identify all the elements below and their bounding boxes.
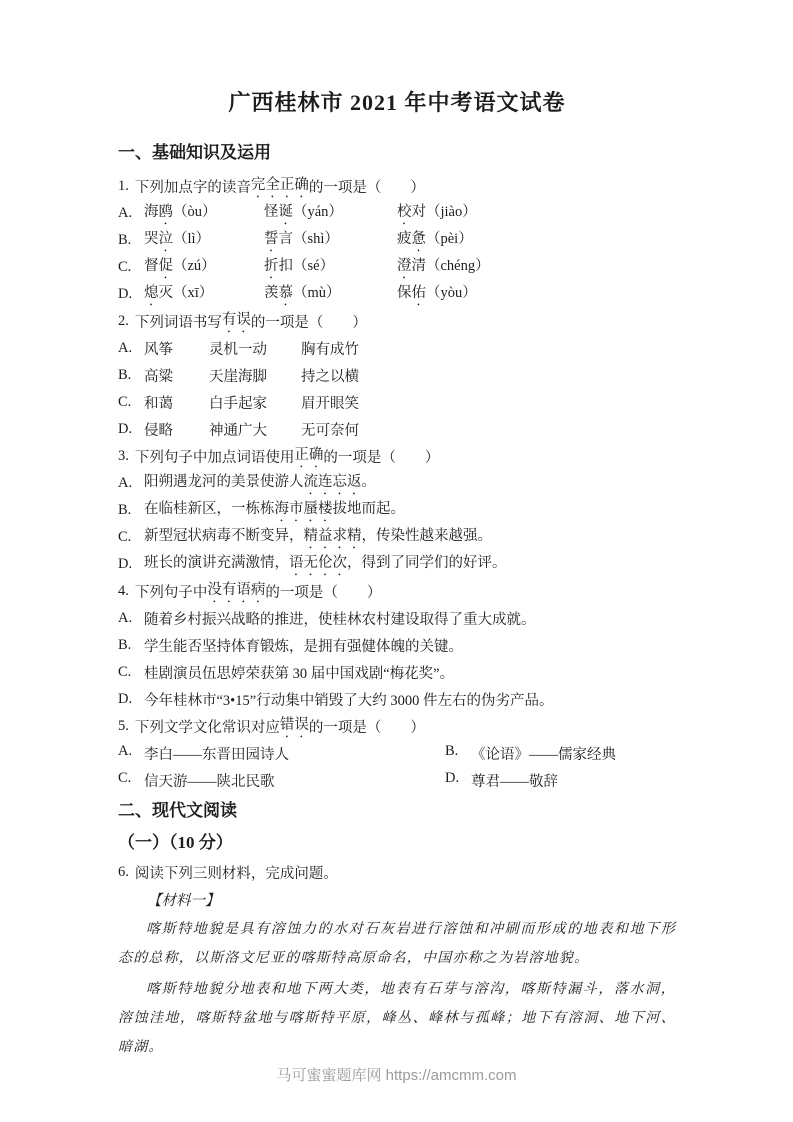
option-text: 天崖海脚: [209, 365, 301, 386]
text-run: 侵略: [144, 423, 173, 439]
question-block: 1.下列加点字的读音完全正确的一项是（ ）A.海鸥（òu）怪诞（yán）校对（j…: [118, 173, 676, 308]
text-run: （lì）: [173, 231, 210, 247]
emphasized-text: 鸥: [159, 204, 174, 220]
option-text: 澄清（chéng）: [397, 254, 490, 282]
option-text: 疲惫（pèi）: [397, 227, 473, 255]
option-label: C.: [118, 259, 144, 276]
option-text: 誓言（shì）: [264, 227, 397, 255]
option-d: D.侵略神通广大无可奈何: [118, 416, 676, 443]
text-run: 持之以横: [301, 369, 359, 385]
page-title: 广西桂林市 2021 年中考语文试卷: [118, 88, 676, 118]
text-run: 怪: [264, 204, 279, 220]
option-label: C.: [118, 664, 144, 681]
option-c: C.和蔼白手起家眉开眼笑: [118, 389, 676, 416]
emphasized-text: 佑: [412, 285, 427, 301]
text-run: （mù）: [293, 285, 341, 301]
emphasized-text: 流连忘返: [304, 474, 362, 490]
options-row: A.李白——东晋田园诗人B.《论语》——儒家经典: [118, 740, 676, 767]
question-6-stem: 6. 阅读下列三则材料，完成问题。: [118, 859, 676, 886]
text-run: 的一项是（ ）: [323, 446, 439, 467]
text-run: 无可奈何: [301, 423, 359, 439]
text-run: 疲: [397, 231, 412, 247]
emphasized-text: 泣: [159, 231, 174, 247]
text-run: 信天游——陕北民歌: [144, 770, 275, 791]
text-run: 胸有成竹: [301, 342, 359, 358]
option-b: B.《论语》——儒家经典: [445, 743, 616, 764]
text-run: 高粱: [144, 369, 173, 385]
option-text: 随着乡村振兴战略的推进，使桂林农村建设取得了重大成就。: [144, 608, 536, 629]
option-text: 高粱: [144, 365, 209, 386]
option-label: D.: [118, 421, 144, 438]
text-run: 的一项是（ ）: [309, 716, 425, 737]
option-label: A.: [118, 743, 144, 764]
question-block: 5.下列文学文化常识对应错误的一项是（ ）A.李白——东晋田园诗人B.《论语》—…: [118, 713, 676, 794]
questions-list: 1.下列加点字的读音完全正确的一项是（ ）A.海鸥（òu）怪诞（yán）校对（j…: [118, 173, 676, 794]
question-stem: 3.下列句子中加点词语使用正确的一项是（ ）: [118, 443, 676, 470]
question-stem: 1.下列加点字的读音完全正确的一项是（ ）: [118, 173, 676, 200]
text-run: 的一项是（ ）: [309, 176, 425, 197]
text-run: 的一项是（ ）: [265, 581, 381, 602]
material-one-label: 【材料一】: [118, 886, 676, 913]
option-label: D.: [118, 286, 144, 303]
emphasized-text: 誓: [264, 231, 279, 247]
option-a: A.阳朔遇龙河的美景使游人流连忘返。: [118, 470, 676, 497]
emphasized-text: 精益求精: [304, 528, 362, 544]
exam-paper-page: 广西桂林市 2021 年中考语文试卷 一、基础知识及运用 1.下列加点字的读音完…: [0, 0, 793, 1122]
option-c: C.桂剧演员伍思婷荣获第 30 届中国戏剧“梅花奖”。: [118, 659, 676, 686]
option-text: 怪诞（yán）: [264, 200, 397, 228]
question-number: 4.: [118, 583, 129, 600]
question-text: 阅读下列三则材料，完成问题。: [135, 862, 338, 883]
text-run: 今年桂林市“3•15”行动集中销毁了大约 3000 件左右的伪劣产品。: [144, 693, 553, 709]
option-text: 保佑（yòu）: [397, 281, 477, 309]
option-text: 在临桂新区，一栋栋海市蜃楼拔地而起。: [144, 497, 405, 525]
option-text: 督促（zú）: [144, 254, 264, 282]
material-paragraph-2: 喀斯特地貌分地表和地下两大类，地表有石芽与溶沟，喀斯特漏斗，落水洞，溶蚀洼地，喀…: [118, 975, 676, 1062]
emphasized-text: 折: [264, 258, 279, 274]
text-run: 灭（xī）: [159, 285, 214, 301]
option-text: 海鸥（òu）: [144, 200, 264, 228]
question-number: 3.: [118, 448, 129, 465]
text-run: 新型冠状病毒不断变异，: [144, 528, 304, 544]
option-text: 无可奈何: [301, 419, 359, 440]
option-label: B.: [118, 637, 144, 654]
text-run: 在临桂新区，一栋栋: [144, 501, 275, 517]
option-a: A.风筝灵机一动胸有成竹: [118, 335, 676, 362]
option-label: D.: [118, 691, 144, 708]
option-text: 灵机一动: [209, 338, 301, 359]
emphasized-text: 诞: [279, 204, 294, 220]
option-d: D.尊君——敬辞: [445, 770, 558, 791]
question-stem: 2.下列词语书写有误的一项是（ ）: [118, 308, 676, 335]
option-d: D.今年桂林市“3•15”行动集中销毁了大约 3000 件左右的伪劣产品。: [118, 686, 676, 713]
emphasized-text: 语无伦次: [289, 555, 347, 571]
option-label: C.: [118, 529, 144, 546]
emphasized-text: 校: [397, 204, 412, 220]
option-text: 熄灭（xī）: [144, 281, 264, 309]
option-text: 和蔼: [144, 392, 209, 413]
section-two-heading: 二、现代文阅读: [118, 801, 676, 821]
option-c: C.督促（zú）折扣（sé）澄清（chéng）: [118, 254, 676, 281]
text-run: （yòu）: [426, 285, 477, 301]
question-block: 3.下列句子中加点词语使用正确的一项是（ ）A.阳朔遇龙河的美景使游人流连忘返。…: [118, 443, 676, 578]
part-one-label: （一）（10 分）: [118, 833, 676, 853]
option-c: C.新型冠状病毒不断变异，精益求精，传染性越来越强。: [118, 524, 676, 551]
option-b: B.高粱天崖海脚持之以横: [118, 362, 676, 389]
option-label: D.: [445, 770, 471, 791]
text-run: 羡: [264, 285, 279, 301]
text-run: 哭: [144, 231, 159, 247]
question-stem: 4.下列句子中没有语病的一项是（ ）: [118, 578, 676, 605]
text-run: 拔地而起。: [333, 501, 406, 517]
emphasized-text: 慕: [279, 285, 294, 301]
text-run: 下列文学文化常识对应: [135, 716, 280, 737]
material-paragraph-1: 喀斯特地貌是具有溶蚀力的水对石灰岩进行溶蚀和冲刷而形成的地表和地下形态的总称，以…: [118, 915, 676, 973]
emphasized-text: 促: [159, 258, 174, 274]
emphasized-text: 没有语病: [207, 578, 265, 606]
option-label: C.: [118, 770, 144, 791]
text-run: 下列句子中: [135, 581, 208, 602]
text-run: 扣（sé）: [279, 258, 335, 274]
text-run: （zú）: [173, 258, 216, 274]
emphasized-text: 有误: [222, 308, 251, 336]
question-block: 2.下列词语书写有误的一项是（ ）A.风筝灵机一动胸有成竹B.高粱天崖海脚持之以…: [118, 308, 676, 443]
option-text: 侵略: [144, 419, 209, 440]
text-run: 神通广大: [209, 423, 267, 439]
question-number: 6.: [118, 864, 129, 881]
text-run: 保: [397, 285, 412, 301]
option-label: A.: [118, 475, 144, 492]
text-run: 白手起家: [209, 396, 267, 412]
text-run: 天崖海脚: [209, 369, 267, 385]
question-number: 1.: [118, 178, 129, 195]
option-a: A.随着乡村振兴战略的推进，使桂林农村建设取得了重大成就。: [118, 605, 676, 632]
emphasized-text: 海市蜃楼: [275, 501, 333, 517]
option-text: 持之以横: [301, 365, 359, 386]
option-a: A.海鸥（òu）怪诞（yán）校对（jiào）: [118, 200, 676, 227]
question-number: 2.: [118, 313, 129, 330]
question-block: 4.下列句子中没有语病的一项是（ ）A.随着乡村振兴战略的推进，使桂林农村建设取…: [118, 578, 676, 713]
option-text: 白手起家: [209, 392, 301, 413]
section-one-heading: 一、基础知识及运用: [118, 143, 676, 163]
text-run: 下列加点字的读音: [135, 176, 251, 197]
text-run: 《论语》——儒家经典: [471, 743, 616, 764]
text-run: 眉开眼笑: [301, 396, 359, 412]
option-d: D.熄灭（xī）羡慕（mù）保佑（yòu）: [118, 281, 676, 308]
text-run: 和蔼: [144, 396, 173, 412]
text-run: 督: [144, 258, 159, 274]
option-text: 折扣（sé）: [264, 254, 397, 282]
option-c: C.信天游——陕北民歌: [118, 770, 445, 791]
text-run: 清（chéng）: [412, 258, 490, 274]
text-run: 言（shì）: [279, 231, 339, 247]
text-run: 海: [144, 204, 159, 220]
option-text: 新型冠状病毒不断变异，精益求精，传染性越来越强。: [144, 524, 492, 552]
emphasized-text: 错误: [280, 713, 309, 741]
text-run: 灵机一动: [209, 342, 267, 358]
text-run: 学生能否坚持体育锻炼，是拥有强健体魄的关键。: [144, 639, 463, 655]
option-b: B.在临桂新区，一栋栋海市蜃楼拔地而起。: [118, 497, 676, 524]
option-text: 今年桂林市“3•15”行动集中销毁了大约 3000 件左右的伪劣产品。: [144, 689, 553, 710]
text-run: 李白——东晋田园诗人: [144, 743, 289, 764]
option-label: B.: [118, 232, 144, 249]
text-run: 对（jiào）: [412, 204, 477, 220]
text-run: 。: [362, 474, 377, 490]
option-text: 班长的演讲充满激情，语无伦次，得到了同学们的好评。: [144, 551, 507, 579]
option-text: 胸有成竹: [301, 338, 359, 359]
option-label: A.: [118, 340, 144, 357]
option-text: 哭泣（lì）: [144, 227, 264, 255]
question-number: 5.: [118, 718, 129, 735]
option-text: 羡慕（mù）: [264, 281, 397, 309]
option-a: A.李白——东晋田园诗人: [118, 743, 445, 764]
option-label: B.: [445, 743, 471, 764]
option-text: 阳朔遇龙河的美景使游人流连忘返。: [144, 470, 376, 498]
option-label: A.: [118, 610, 144, 627]
option-text: 风筝: [144, 338, 209, 359]
text-run: ，传染性越来越强。: [362, 528, 493, 544]
option-label: B.: [118, 502, 144, 519]
options-row: C.信天游——陕北民歌D.尊君——敬辞: [118, 767, 676, 794]
text-run: 阳朔遇龙河的美景使游人: [144, 474, 304, 490]
option-text: 校对（jiào）: [397, 200, 477, 228]
text-run: 风筝: [144, 342, 173, 358]
option-text: 神通广大: [209, 419, 301, 440]
option-label: C.: [118, 394, 144, 411]
text-run: 班长的演讲充满激情，: [144, 555, 289, 571]
footer-watermark: 马可蜜蜜题库网 https://amcmm.com: [0, 1066, 793, 1086]
text-run: 的一项是（ ）: [251, 311, 367, 332]
text-run: （yán）: [293, 204, 343, 220]
emphasized-text: 完全正确: [251, 173, 309, 201]
question-stem: 5.下列文学文化常识对应错误的一项是（ ）: [118, 713, 676, 740]
option-b: B.学生能否坚持体育锻炼，是拥有强健体魄的关键。: [118, 632, 676, 659]
emphasized-text: 惫: [412, 231, 427, 247]
text-run: ，得到了同学们的好评。: [347, 555, 507, 571]
text-run: （pèi）: [426, 231, 473, 247]
text-run: 下列句子中加点词语使用: [135, 446, 295, 467]
text-run: 桂剧演员伍思婷荣获第 30 届中国戏剧“梅花奖”。: [144, 666, 454, 682]
text-run: 下列词语书写: [135, 311, 222, 332]
emphasized-text: 正确: [294, 443, 323, 471]
emphasized-text: 熄: [144, 285, 159, 301]
text-run: 随着乡村振兴战略的推进，使桂林农村建设取得了重大成就。: [144, 612, 536, 628]
text-run: 尊君——敬辞: [471, 770, 558, 791]
option-d: D.班长的演讲充满激情，语无伦次，得到了同学们的好评。: [118, 551, 676, 578]
option-text: 学生能否坚持体育锻炼，是拥有强健体魄的关键。: [144, 635, 463, 656]
option-b: B.哭泣（lì）誓言（shì）疲惫（pèi）: [118, 227, 676, 254]
option-label: B.: [118, 367, 144, 384]
option-text: 桂剧演员伍思婷荣获第 30 届中国戏剧“梅花奖”。: [144, 662, 454, 683]
option-label: D.: [118, 556, 144, 573]
option-text: 眉开眼笑: [301, 392, 359, 413]
option-label: A.: [118, 205, 144, 222]
text-run: （òu）: [173, 204, 217, 220]
emphasized-text: 澄: [397, 258, 412, 274]
